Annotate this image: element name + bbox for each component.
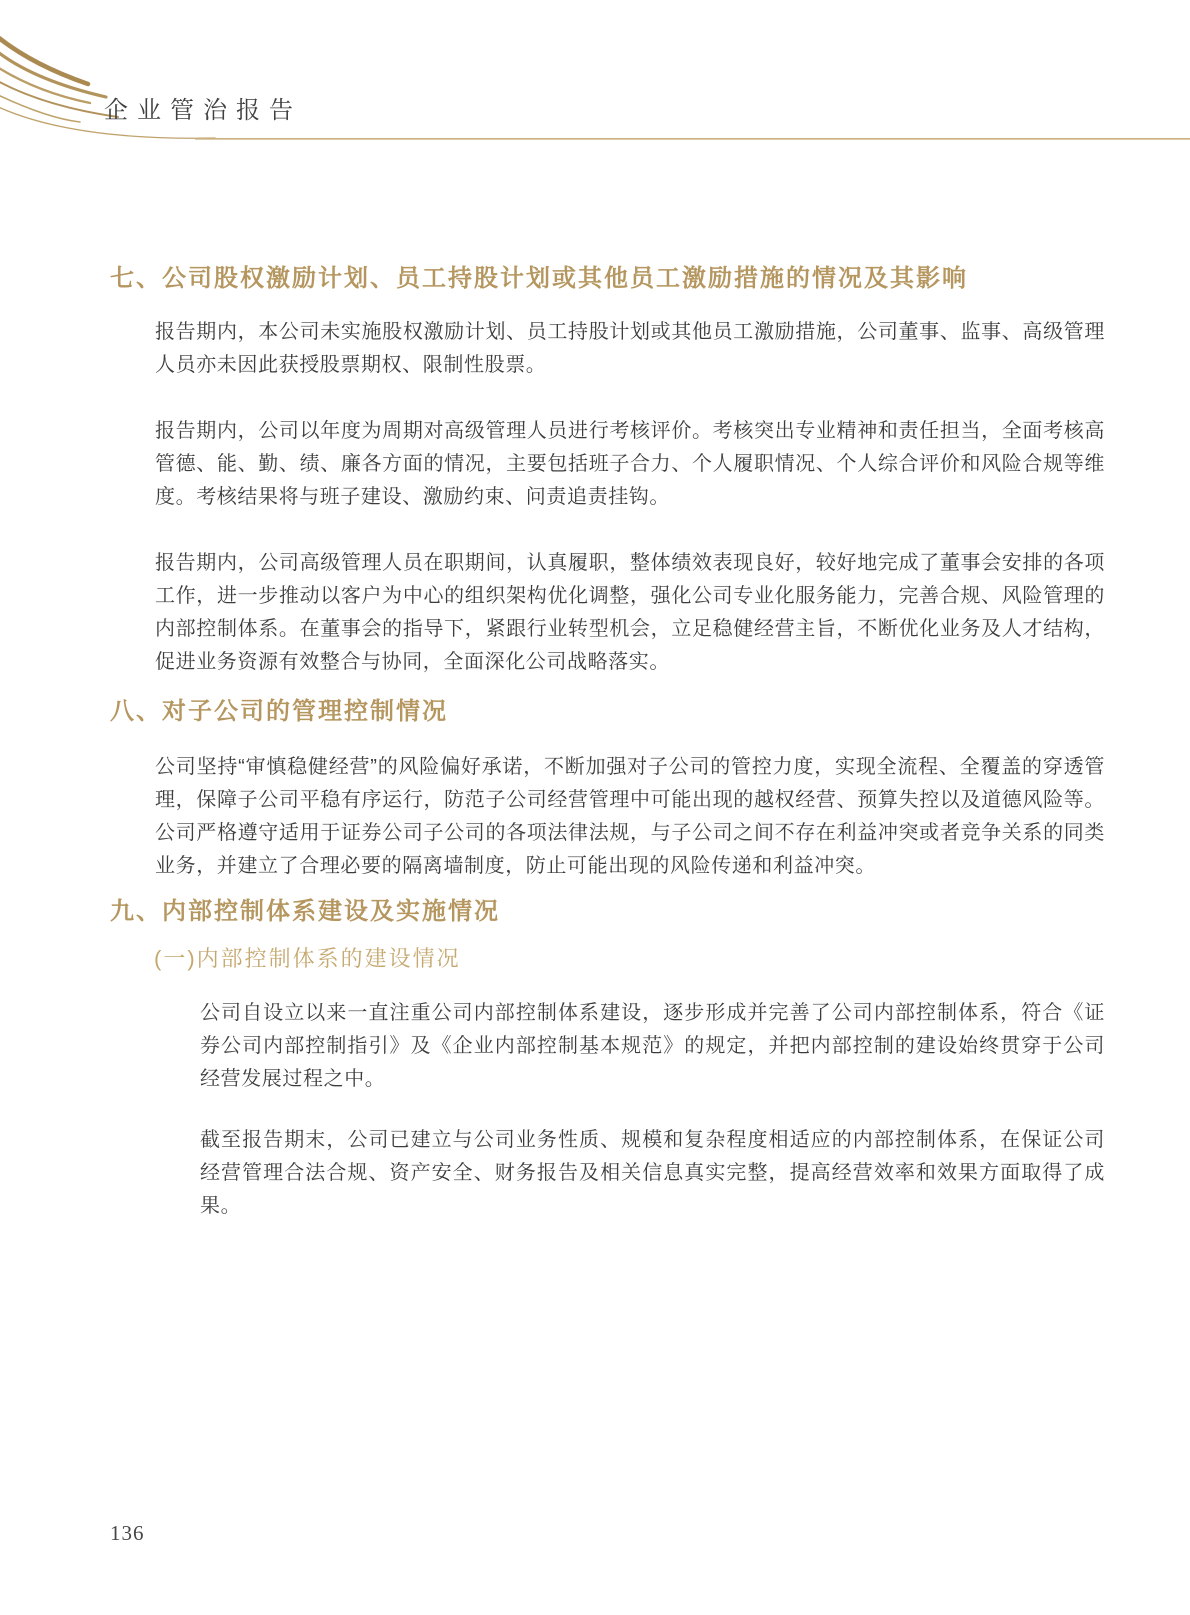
wave-swoosh-icon	[0, 28, 290, 148]
header-title: 企业管治报告	[104, 90, 302, 125]
section-7-paragraph-2: 报告期内，公司以年度为周期对高级管理人员进行考核评价。考核突出专业精神和责任担当…	[155, 415, 1105, 514]
section-7-paragraph-3: 报告期内，公司高级管理人员在职期间，认真履职，整体绩效表现良好，较好地完成了董事…	[155, 547, 1105, 679]
section-9-heading: 九、内部控制体系建设及实施情况	[110, 895, 1105, 929]
subsection-9-1-paragraph-1: 公司自设立以来一直注重公司内部控制体系建设，逐步形成并完善了公司内部控制体系，符…	[200, 997, 1105, 1096]
page-header: 企业管治报告	[0, 0, 1190, 150]
subsection-9-1-paragraph-2: 截至报告期末，公司已建立与公司业务性质、规模和复杂程度相适应的内部控制体系，在保…	[200, 1124, 1105, 1223]
report-content: 七、公司股权激励计划、员工持股计划或其他员工激励措施的情况及其影响 报告期内，本…	[110, 140, 1105, 1223]
section-8-paragraph-1: 公司坚持“审慎稳健经营”的风险偏好承诺，不断加强对子公司的管控力度，实现全流程、…	[155, 751, 1105, 883]
section-7-paragraph-1: 报告期内，本公司未实施股权激励计划、员工持股计划或其他员工激励措施，公司董事、监…	[155, 316, 1105, 382]
report-page: 企业管治报告 七、公司股权激励计划、员工持股计划或其他员工激励措施的情况及其影响…	[0, 0, 1190, 1615]
section-8-heading: 八、对子公司的管理控制情况	[110, 695, 1105, 729]
page-number: 136	[110, 1521, 145, 1546]
subsection-9-1-heading: (一)内部控制体系的建设情况	[154, 943, 1105, 975]
section-7-heading: 七、公司股权激励计划、员工持股计划或其他员工激励措施的情况及其影响	[110, 262, 1105, 296]
